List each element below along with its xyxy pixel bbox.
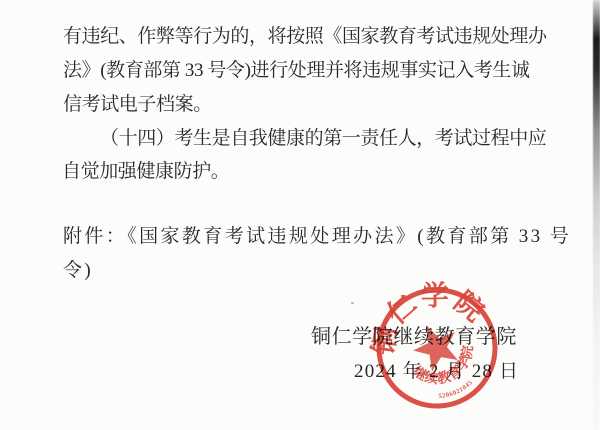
body-line: 自觉加强健康防护。 [62,162,229,181]
seal-ring-text: 铜仁学院 [352,263,497,372]
body-line: 信考试电子档案。 [63,95,212,114]
official-seal: 铜仁学院 继续教育学院 5206021045 [352,263,522,430]
scan-speck [351,302,354,304]
body-line: 法》(教育部第 33 号令)进行处理并将违规事实记入考生诚 [63,61,530,80]
scan-edge-shadow [593,0,600,430]
attachment-line: 附件：《国家教育考试违规处理办法》(教育部第 33 号 [63,227,571,246]
body-line: 有违纪、作弊等行为的，将按照《国家教育考试违规处理办 [63,27,547,46]
body-line: （十四）考生是自我健康的第一责任人，考试过程中应 [100,129,546,148]
attachment-line: 令) [63,261,93,280]
scanned-document-page: 有违纪、作弊等行为的，将按照《国家教育考试违规处理办 法》(教育部第 33 号令… [0,0,600,430]
